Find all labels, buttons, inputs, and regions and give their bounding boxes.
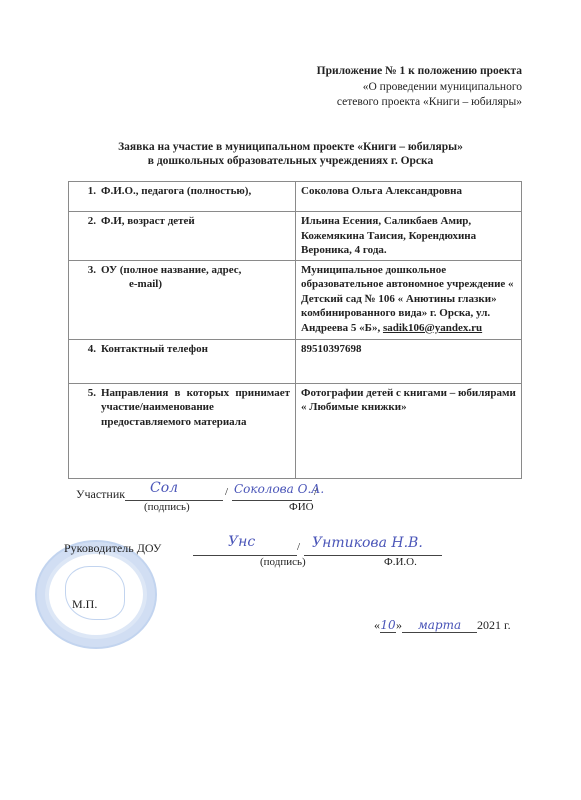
appendix-line-3: сетевого проекта «Книги – юбиляры» <box>317 95 522 111</box>
head-name-line <box>304 555 442 556</box>
head-signature: Унс <box>228 534 255 550</box>
participant-name-handwritten: Соколова О.А. <box>234 482 324 496</box>
table-row: 3.ОУ (полное название, адрес,e-mail) Мун… <box>69 260 522 339</box>
appendix-line-1: Приложение № 1 к положению проекта <box>317 64 522 80</box>
row-value: Фотографии детей с книгами – юбилярами «… <box>296 383 522 478</box>
row-value: Ильина Есения, Саликбаев Амир, Кожемякин… <box>296 212 522 261</box>
application-table: 1.Ф.И.О., педагога (полностью), Соколова… <box>68 181 522 479</box>
row-label: 2.Ф.И, возраст детей <box>69 212 296 261</box>
head-name-caption: Ф.И.О. <box>384 556 417 568</box>
date-year: 2021 г. <box>477 618 511 632</box>
slash-separator: / <box>225 486 228 498</box>
head-sign-caption: (подпись) <box>260 556 306 568</box>
head-name-handwritten: Унтикова Н.В. <box>312 535 423 551</box>
slash-separator: / <box>297 541 300 553</box>
row-value: Соколова Ольга Александровна <box>296 182 522 212</box>
row-label: 5.Направления в которых принимает участи… <box>69 383 296 478</box>
head-label: Руководитель ДОУ <box>64 541 161 556</box>
table-row: 5.Направления в которых принимает участи… <box>69 383 522 478</box>
row-value: Муниципальное дошкольное образовательное… <box>296 260 522 339</box>
document-title: Заявка на участие в муниципальном проект… <box>0 140 581 168</box>
email-link[interactable]: sadik106@yandex.ru <box>383 322 482 334</box>
appendix-header: Приложение № 1 к положению проекта «О пр… <box>317 64 522 111</box>
row-label: 4.Контактный телефон <box>69 339 296 383</box>
row-value: 89510397698 <box>296 339 522 383</box>
date-block: «10»марта2021 г. <box>374 618 511 633</box>
table-row: 1.Ф.И.О., педагога (полностью), Соколова… <box>69 182 522 212</box>
date-month: марта <box>402 618 477 633</box>
appendix-line-2: «О проведении муниципального <box>317 80 522 96</box>
participant-signature: Сол <box>150 480 178 496</box>
title-line-2: в дошкольных образовательных учреждениях… <box>0 154 581 168</box>
stamp-label: М.П. <box>72 597 97 612</box>
slash-separator: / <box>314 486 317 498</box>
table-row: 4.Контактный телефон 89510397698 <box>69 339 522 383</box>
title-line-1: Заявка на участие в муниципальном проект… <box>0 140 581 154</box>
row-label: 1.Ф.И.О., педагога (полностью), <box>69 182 296 212</box>
participant-name-caption: ФИО <box>289 501 314 513</box>
participant-sign-caption: (подпись) <box>144 501 190 513</box>
date-day: 10 <box>380 618 396 633</box>
table-row: 2.Ф.И, возраст детей Ильина Есения, Сали… <box>69 212 522 261</box>
row-label: 3.ОУ (полное название, адрес,e-mail) <box>69 260 296 339</box>
participant-label: Участник <box>76 487 125 502</box>
official-stamp <box>35 540 157 649</box>
